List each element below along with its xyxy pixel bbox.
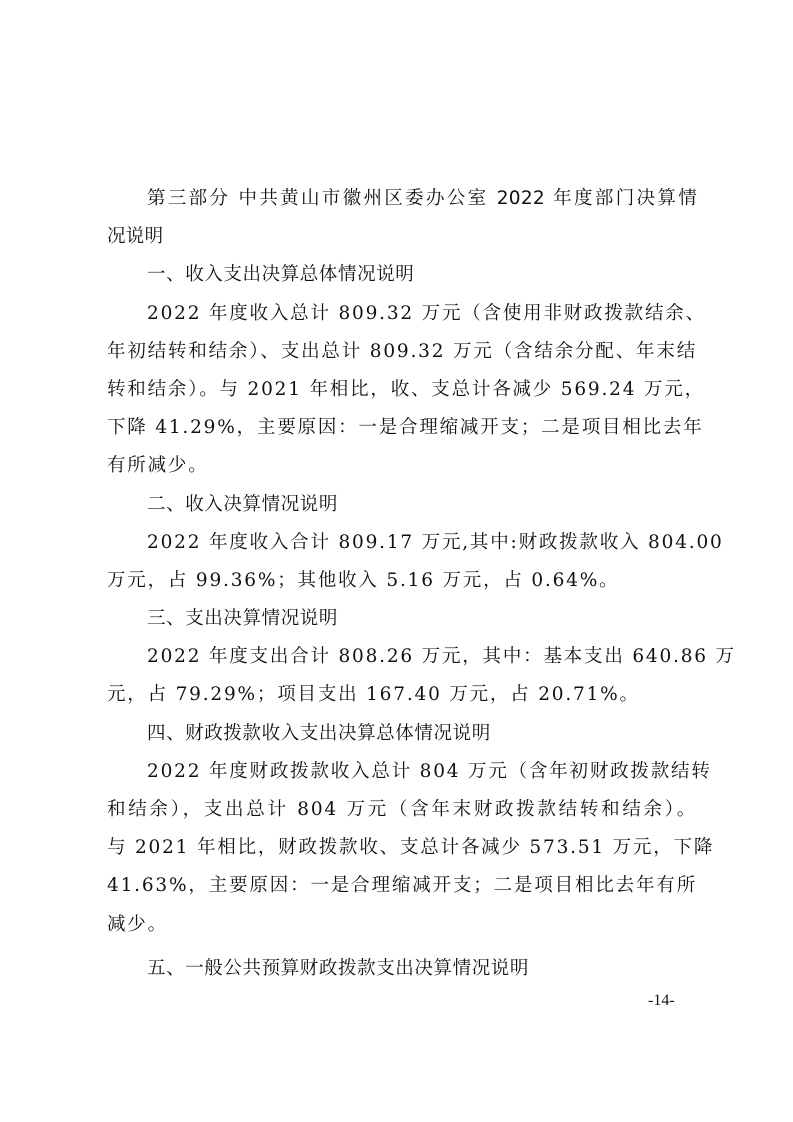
section-heading-1: 一、收入支出决算总体情况说明 — [107, 256, 697, 294]
section-heading-4: 四、财政拨款收入支出决算总体情况说明 — [107, 715, 697, 753]
document-title-line-1: 第三部分 中共黄山市徽州区委办公室 2022 年度部门决算情 — [107, 180, 697, 218]
paragraph-line: 2022 年度收入合计 809.17 万元,其中:财政拨款收入 804.00 — [107, 524, 697, 562]
paragraph-line: 元，占 79.29%；项目支出 167.40 万元，占 20.71%。 — [107, 676, 697, 714]
section-heading-3: 三、支出决算情况说明 — [107, 600, 697, 638]
document-title-line-2: 况说明 — [107, 218, 697, 256]
paragraph-line: 万元，占 99.36%；其他收入 5.16 万元，占 0.64%。 — [107, 562, 697, 600]
paragraph-line: 下降 41.29%，主要原因：一是合理缩减开支；二是项目相比去年 — [107, 409, 697, 447]
paragraph-line: 与 2021 年相比，财政拨款收、支总计各减少 573.51 万元，下降 — [107, 829, 697, 867]
paragraph-line: 减少。 — [107, 906, 697, 944]
section-heading-2: 二、收入决算情况说明 — [107, 486, 697, 524]
paragraph-line: 转和结余）。与 2021 年相比，收、支总计各减少 569.24 万元， — [107, 371, 697, 409]
document-page: 第三部分 中共黄山市徽州区委办公室 2022 年度部门决算情 况说明 一、收入支… — [107, 180, 697, 988]
paragraph-line: 2022 年度收入总计 809.32 万元（含使用非财政拨款结余、 — [107, 295, 697, 333]
paragraph-line: 2022 年度支出合计 808.26 万元，其中：基本支出 640.86 万 — [107, 638, 697, 676]
paragraph-line: 2022 年度财政拨款收入总计 804 万元（含年初财政拨款结转 — [107, 753, 697, 791]
paragraph-line: 年初结转和结余）、支出总计 809.32 万元（含结余分配、年末结 — [107, 333, 697, 371]
section-heading-5: 五、一般公共预算财政拨款支出决算情况说明 — [107, 950, 697, 988]
paragraph-line: 和结余），支出总计 804 万元（含年末财政拨款结转和结余）。 — [107, 791, 697, 829]
paragraph-line: 有所减少。 — [107, 447, 697, 485]
paragraph-line: 41.63%，主要原因：一是合理缩减开支；二是项目相比去年有所 — [107, 867, 697, 905]
page-number: -14- — [648, 992, 675, 1010]
